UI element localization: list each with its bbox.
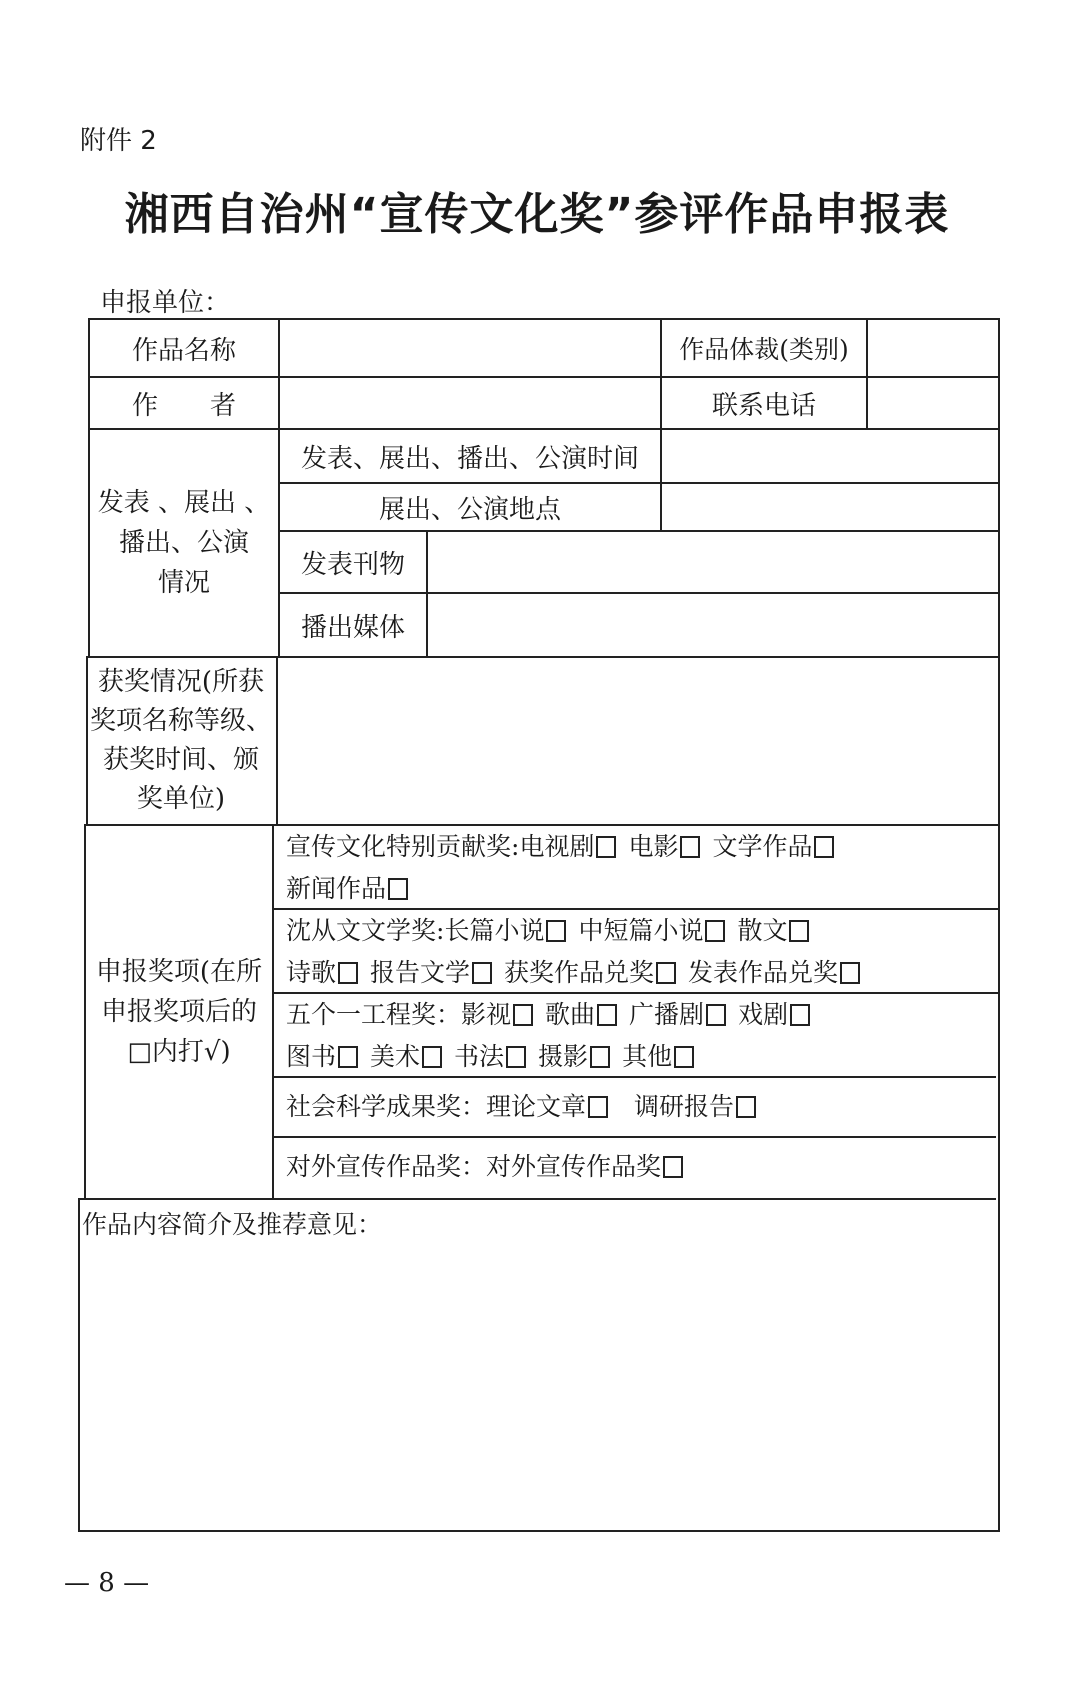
award-checkbox[interactable] — [590, 1046, 610, 1068]
awards-label-line: 奖单位) — [137, 780, 225, 819]
publication-label-line: 发表 、展出 、 — [98, 483, 271, 523]
award-checkbox[interactable] — [596, 836, 616, 858]
award-option-label: 获奖作品兑奖 — [504, 958, 654, 987]
award-group-name: 社会科学成果奖： — [286, 1092, 486, 1121]
award-option-label: 其他 — [622, 1042, 672, 1071]
award-checkbox[interactable] — [338, 962, 358, 984]
work-genre-label: 作品体裁(类别) — [662, 320, 866, 376]
apply-award-label-line: □内打√) — [127, 1032, 230, 1072]
table-line — [272, 824, 274, 1198]
work-name-field[interactable] — [280, 320, 660, 376]
award-checkbox[interactable] — [472, 962, 492, 984]
awards-history-field[interactable] — [278, 658, 998, 824]
award-line: 社会科学成果奖：理论文章调研报告 — [286, 1086, 768, 1128]
publish-time-field[interactable] — [662, 430, 998, 482]
award-option-label: 调研报告 — [634, 1092, 734, 1121]
award-checkbox[interactable] — [705, 920, 725, 942]
award-checkbox[interactable] — [674, 1046, 694, 1068]
award-checkbox[interactable] — [422, 1046, 442, 1068]
award-line: 诗歌报告文学获奖作品兑奖发表作品兑奖 — [286, 952, 860, 994]
award-option-label: 长篇小说 — [444, 916, 544, 945]
award-option-label: 新闻作品 — [286, 874, 386, 903]
award-checkbox[interactable] — [338, 1046, 358, 1068]
award-checkbox[interactable] — [546, 920, 566, 942]
award-option-label: 书法 — [454, 1042, 504, 1071]
award-option-label: 广播剧 — [629, 1000, 704, 1029]
work-genre-field[interactable] — [868, 320, 998, 376]
award-checkbox[interactable] — [506, 1046, 526, 1068]
periodical-field[interactable] — [428, 532, 998, 592]
award-option-label: 电视剧 — [519, 832, 594, 861]
award-group-external-publicity: 对外宣传作品奖：对外宣传作品奖 — [286, 1146, 695, 1188]
award-checkbox[interactable] — [840, 962, 860, 984]
award-option-label: 对外宣传作品奖 — [486, 1152, 661, 1181]
periodical-label: 发表刊物 — [280, 532, 426, 592]
award-line: 五个一工程奖：影视歌曲广播剧戏剧 — [286, 994, 822, 1036]
publication-label-line: 播出、公演 — [119, 523, 249, 563]
award-option-label: 戏剧 — [738, 1000, 788, 1029]
exhibit-place-field[interactable] — [662, 484, 998, 530]
award-group-shen-congwen: 沈从文文学奖:长篇小说中短篇小说散文 诗歌报告文学获奖作品兑奖发表作品兑奖 — [286, 910, 860, 994]
exhibit-place-label: 展出、公演地点 — [280, 484, 660, 530]
attachment-label: 附件 2 — [80, 120, 157, 157]
award-checkbox[interactable] — [513, 1004, 533, 1026]
author-label: 作 者 — [90, 378, 278, 428]
award-option-label: 诗歌 — [286, 958, 336, 987]
publish-time-label: 发表、展出、播出、公演时间 — [280, 430, 660, 482]
award-group-name: 宣传文化特别贡献奖: — [286, 832, 519, 861]
author-field[interactable] — [280, 378, 660, 428]
award-checkbox[interactable] — [597, 1004, 617, 1026]
award-group-name: 五个一工程奖： — [286, 1000, 461, 1029]
broadcast-media-label: 播出媒体 — [280, 594, 426, 656]
award-line: 图书美术书法摄影其他 — [286, 1036, 822, 1078]
table-line — [274, 1136, 996, 1138]
award-checkbox[interactable] — [680, 836, 700, 858]
award-group-special-contribution: 宣传文化特别贡献奖:电视剧电影文学作品 新闻作品 — [286, 826, 846, 910]
table-line — [80, 1198, 996, 1200]
table-line — [78, 1198, 80, 1532]
apply-award-label-line: 申报奖项(在所 — [96, 952, 262, 992]
page-number: — 8 — — [64, 1568, 149, 1598]
publication-label-line: 情况 — [158, 563, 210, 603]
award-checkbox[interactable] — [790, 1004, 810, 1026]
apply-award-label: 申报奖项(在所 申报奖项后的 □内打√) — [86, 826, 272, 1198]
award-line: 宣传文化特别贡献奖:电视剧电影文学作品 — [286, 826, 846, 868]
award-checkbox[interactable] — [656, 962, 676, 984]
awards-history-label: 获奖情况(所获 奖项名称等级、 获奖时间、颁 奖单位) — [86, 658, 276, 824]
award-line: 新闻作品 — [286, 868, 846, 910]
award-checkbox[interactable] — [663, 1156, 683, 1178]
phone-field[interactable] — [868, 378, 998, 428]
apply-award-label-line: 申报奖项后的 — [101, 992, 257, 1032]
award-option-label: 摄影 — [538, 1042, 588, 1071]
award-group-social-science: 社会科学成果奖：理论文章调研报告 — [286, 1086, 768, 1128]
reporting-unit-label: 申报单位： — [100, 282, 230, 319]
award-checkbox[interactable] — [736, 1096, 756, 1118]
table-line — [998, 318, 1000, 1532]
phone-label: 联系电话 — [662, 378, 866, 428]
summary-field[interactable] — [82, 1250, 994, 1528]
award-checkbox[interactable] — [789, 920, 809, 942]
summary-label: 作品内容简介及推荐意见： — [82, 1204, 382, 1246]
award-option-label: 中短篇小说 — [578, 916, 703, 945]
award-option-label: 美术 — [370, 1042, 420, 1071]
award-option-label: 歌曲 — [545, 1000, 595, 1029]
award-option-label: 发表作品兑奖 — [688, 958, 838, 987]
award-option-label: 电影 — [628, 832, 678, 861]
award-option-label: 影视 — [461, 1000, 511, 1029]
award-checkbox[interactable] — [814, 836, 834, 858]
award-option-label: 图书 — [286, 1042, 336, 1071]
award-option-label: 理论文章 — [486, 1092, 586, 1121]
page-title: 湘西自治州“宣传文化奖”参评作品申报表 — [0, 178, 1074, 242]
broadcast-media-field[interactable] — [428, 594, 998, 656]
award-option-label: 散文 — [737, 916, 787, 945]
award-option-label: 报告文学 — [370, 958, 470, 987]
award-checkbox[interactable] — [388, 878, 408, 900]
awards-label-line: 奖项名称等级、 — [90, 702, 272, 741]
award-group-name: 对外宣传作品奖： — [286, 1152, 486, 1181]
awards-label-line: 获奖时间、颁 — [103, 741, 259, 780]
award-checkbox[interactable] — [706, 1004, 726, 1026]
award-line: 沈从文文学奖:长篇小说中短篇小说散文 — [286, 910, 860, 952]
work-name-label: 作品名称 — [90, 320, 278, 376]
award-line: 对外宣传作品奖：对外宣传作品奖 — [286, 1146, 695, 1188]
award-group-name: 沈从文文学奖: — [286, 916, 444, 945]
award-option-label: 文学作品 — [712, 832, 812, 861]
awards-label-line: 获奖情况(所获 — [98, 663, 264, 702]
publication-section-label: 发表 、展出 、 播出、公演 情况 — [90, 430, 278, 656]
table-line — [78, 1530, 998, 1532]
award-group-five-one-project: 五个一工程奖：影视歌曲广播剧戏剧 图书美术书法摄影其他 — [286, 994, 822, 1078]
award-checkbox[interactable] — [588, 1096, 608, 1118]
